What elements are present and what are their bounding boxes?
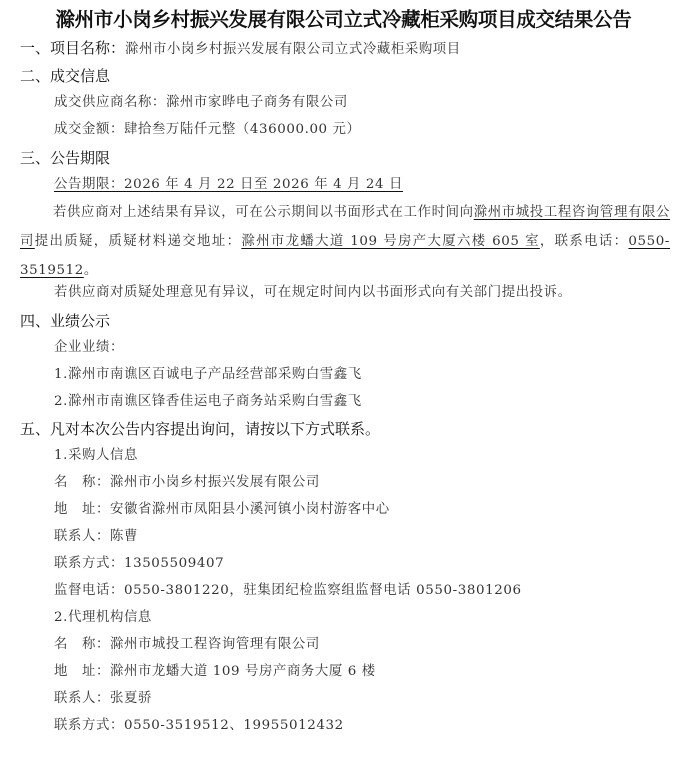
agency-address: 地 址：滁州市龙蟠大道 109 号房产商务大厦 6 楼 (54, 662, 376, 682)
amount-value: 肆拾叁万陆仟元整（436000.00 元） (124, 122, 361, 137)
agency-contact: 联系人：张夏骄 (54, 689, 152, 709)
notice-period: 公告期限：2026 年 4 月 22 日至 2026 年 4 月 24 日 (54, 175, 403, 195)
complaint-paragraph: 若供应商对质疑处理意见有异议，可在规定时间内以书面形式向有关部门提出投诉。 (54, 283, 572, 303)
section-project-name: 一、项目名称：滁州市小岗乡村振兴发展有限公司立式冷藏柜采购项目 (20, 38, 461, 60)
supplier-line: 成交供应商名称：滁州市家晔电子商务有限公司 (54, 93, 348, 113)
section-heading-notice-period: 三、公告期限 (20, 148, 110, 168)
supplier-value: 滁州市家晔电子商务有限公司 (166, 95, 348, 110)
purchaser-supervision-phone: 监督电话：0550-3801220，驻集团纪检监察组监督电话 0550-3801… (54, 581, 522, 601)
section-heading-deal-info: 二、成交信息 (20, 66, 110, 86)
supplier-label: 成交供应商名称： (54, 95, 166, 110)
objection-text: 若供应商对上述结果有异议，可在公示期间以书面形式在工作时间向 (53, 205, 474, 220)
purchaser-heading: 1.采购人信息 (54, 446, 138, 466)
agency-heading: 2.代理机构信息 (54, 608, 152, 628)
project-name-value: 滁州市小岗乡村振兴发展有限公司立式冷藏柜采购项目 (125, 42, 461, 57)
objection-text: 系电话： (569, 234, 628, 249)
purchaser-address: 地 址：安徽省滁州市凤阳县小溪河镇小岗村游客中心 (54, 500, 390, 520)
section-heading-performance: 四、业绩公示 (20, 311, 110, 331)
section-heading-contact: 五、凡对本次公告内容提出询问，请按以下方式联系。 (20, 419, 380, 439)
objection-paragraph: 若供应商对上述结果有异议，可在公示期间以书面形式在工作时间向滁州市城投工程咨询管… (20, 198, 670, 285)
page-title: 滁州市小岗乡村振兴发展有限公司立式冷藏柜采购项目成交结果公告 (0, 4, 687, 32)
agency-name-link: 滁州市城投工程咨询 (474, 205, 600, 220)
agency-name: 名 称：滁州市城投工程咨询管理有限公司 (54, 635, 320, 655)
purchaser-contact: 联系人：陈曹 (54, 527, 138, 547)
objection-text: ，联 (540, 234, 570, 249)
objection-address: 滁州市龙蟠大道 109 号房产大厦六楼 605 室 (241, 234, 540, 249)
purchaser-phone: 联系方式：13505509407 (54, 554, 224, 574)
section-heading: 一、项目名称： (20, 39, 125, 57)
performance-item: 1.滁州市南谯区百诚电子产品经营部采购白雪鑫飞 (54, 365, 362, 385)
performance-item: 2.滁州市南谯区锋香佳运电子商务站采购白雪鑫飞 (54, 392, 362, 412)
agency-phone: 联系方式：0550-3519512、19955012432 (54, 716, 344, 736)
amount-label: 成交金额： (54, 122, 124, 137)
amount-line: 成交金额：肆拾叁万陆仟元整（436000.00 元） (54, 120, 361, 140)
purchaser-name: 名 称：滁州市小岗乡村振兴发展有限公司 (54, 473, 320, 493)
performance-label: 企业业绩： (54, 338, 124, 358)
objection-text: 。 (84, 263, 98, 278)
objection-text: 提出质疑，质疑材料递交地址： (35, 234, 242, 249)
